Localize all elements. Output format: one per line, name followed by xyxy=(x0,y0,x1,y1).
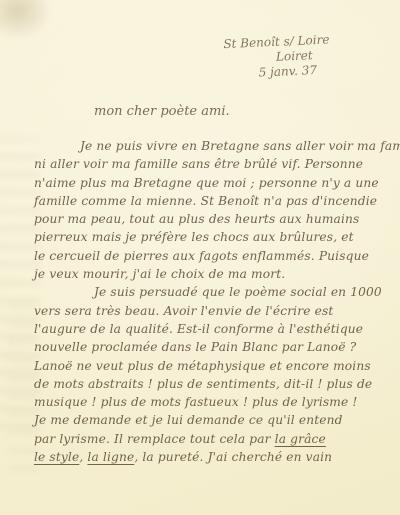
handwritten-line: de mots abstraits ! plus de sentiments, … xyxy=(34,375,390,393)
handwritten-line: pierreux mais je préfère les chocs aux b… xyxy=(34,228,390,246)
handwritten-line: Je suis persuadé que le poème social en … xyxy=(34,283,390,301)
handwritten-line: Lanoë ne veut plus de métaphysique et en… xyxy=(34,357,390,375)
handwritten-line: le style, la ligne, la pureté. J'ai cher… xyxy=(34,448,390,466)
letter-paragraph: Je suis persuadé que le poème social en … xyxy=(34,283,390,466)
letter-paragraph: Je ne puis vivre en Bretagne sans aller … xyxy=(34,137,390,283)
handwritten-line: pour ma peau, tout au plus des heurts au… xyxy=(34,210,390,228)
handwritten-line: n'aime plus ma Bretagne que moi ; person… xyxy=(34,174,390,192)
handwritten-line: le cercueil de pierres aux fagots enflam… xyxy=(34,247,390,265)
corner-smudge xyxy=(0,0,52,40)
letter-page: St Benoît s/ LoireLoiret5 janv. 37 mon c… xyxy=(0,0,400,515)
salutation: mon cher poète ami. xyxy=(94,104,230,119)
handwritten-line: musique ! plus de mots fastueux ! plus d… xyxy=(34,393,390,411)
letter-body: Je ne puis vivre en Bretagne sans aller … xyxy=(34,137,390,466)
handwritten-line: famille comme la mienne. St Benoît n'a p… xyxy=(34,192,390,210)
handwritten-line: Je ne puis vivre en Bretagne sans aller … xyxy=(34,137,390,155)
handwritten-line: Je me demande et je lui demande ce qu'il… xyxy=(34,411,390,429)
handwritten-line: je veux mourir, j'ai le choix de ma mort… xyxy=(34,265,390,283)
letter-heading: St Benoît s/ LoireLoiret5 janv. 37 xyxy=(223,31,365,82)
handwritten-line: nouvelle proclamée dans le Pain Blanc pa… xyxy=(34,338,390,356)
handwritten-line: par lyrisme. Il remplace tout cela par l… xyxy=(34,430,390,448)
handwritten-line: l'augure de la qualité. Est-il conforme … xyxy=(34,320,390,338)
handwritten-line: ni aller voir ma famille sans être brûlé… xyxy=(34,155,390,173)
handwritten-line: vers sera très beau. Avoir l'envie de l'… xyxy=(34,302,390,320)
handwritten-line: 5 janv. 37 xyxy=(258,61,365,81)
